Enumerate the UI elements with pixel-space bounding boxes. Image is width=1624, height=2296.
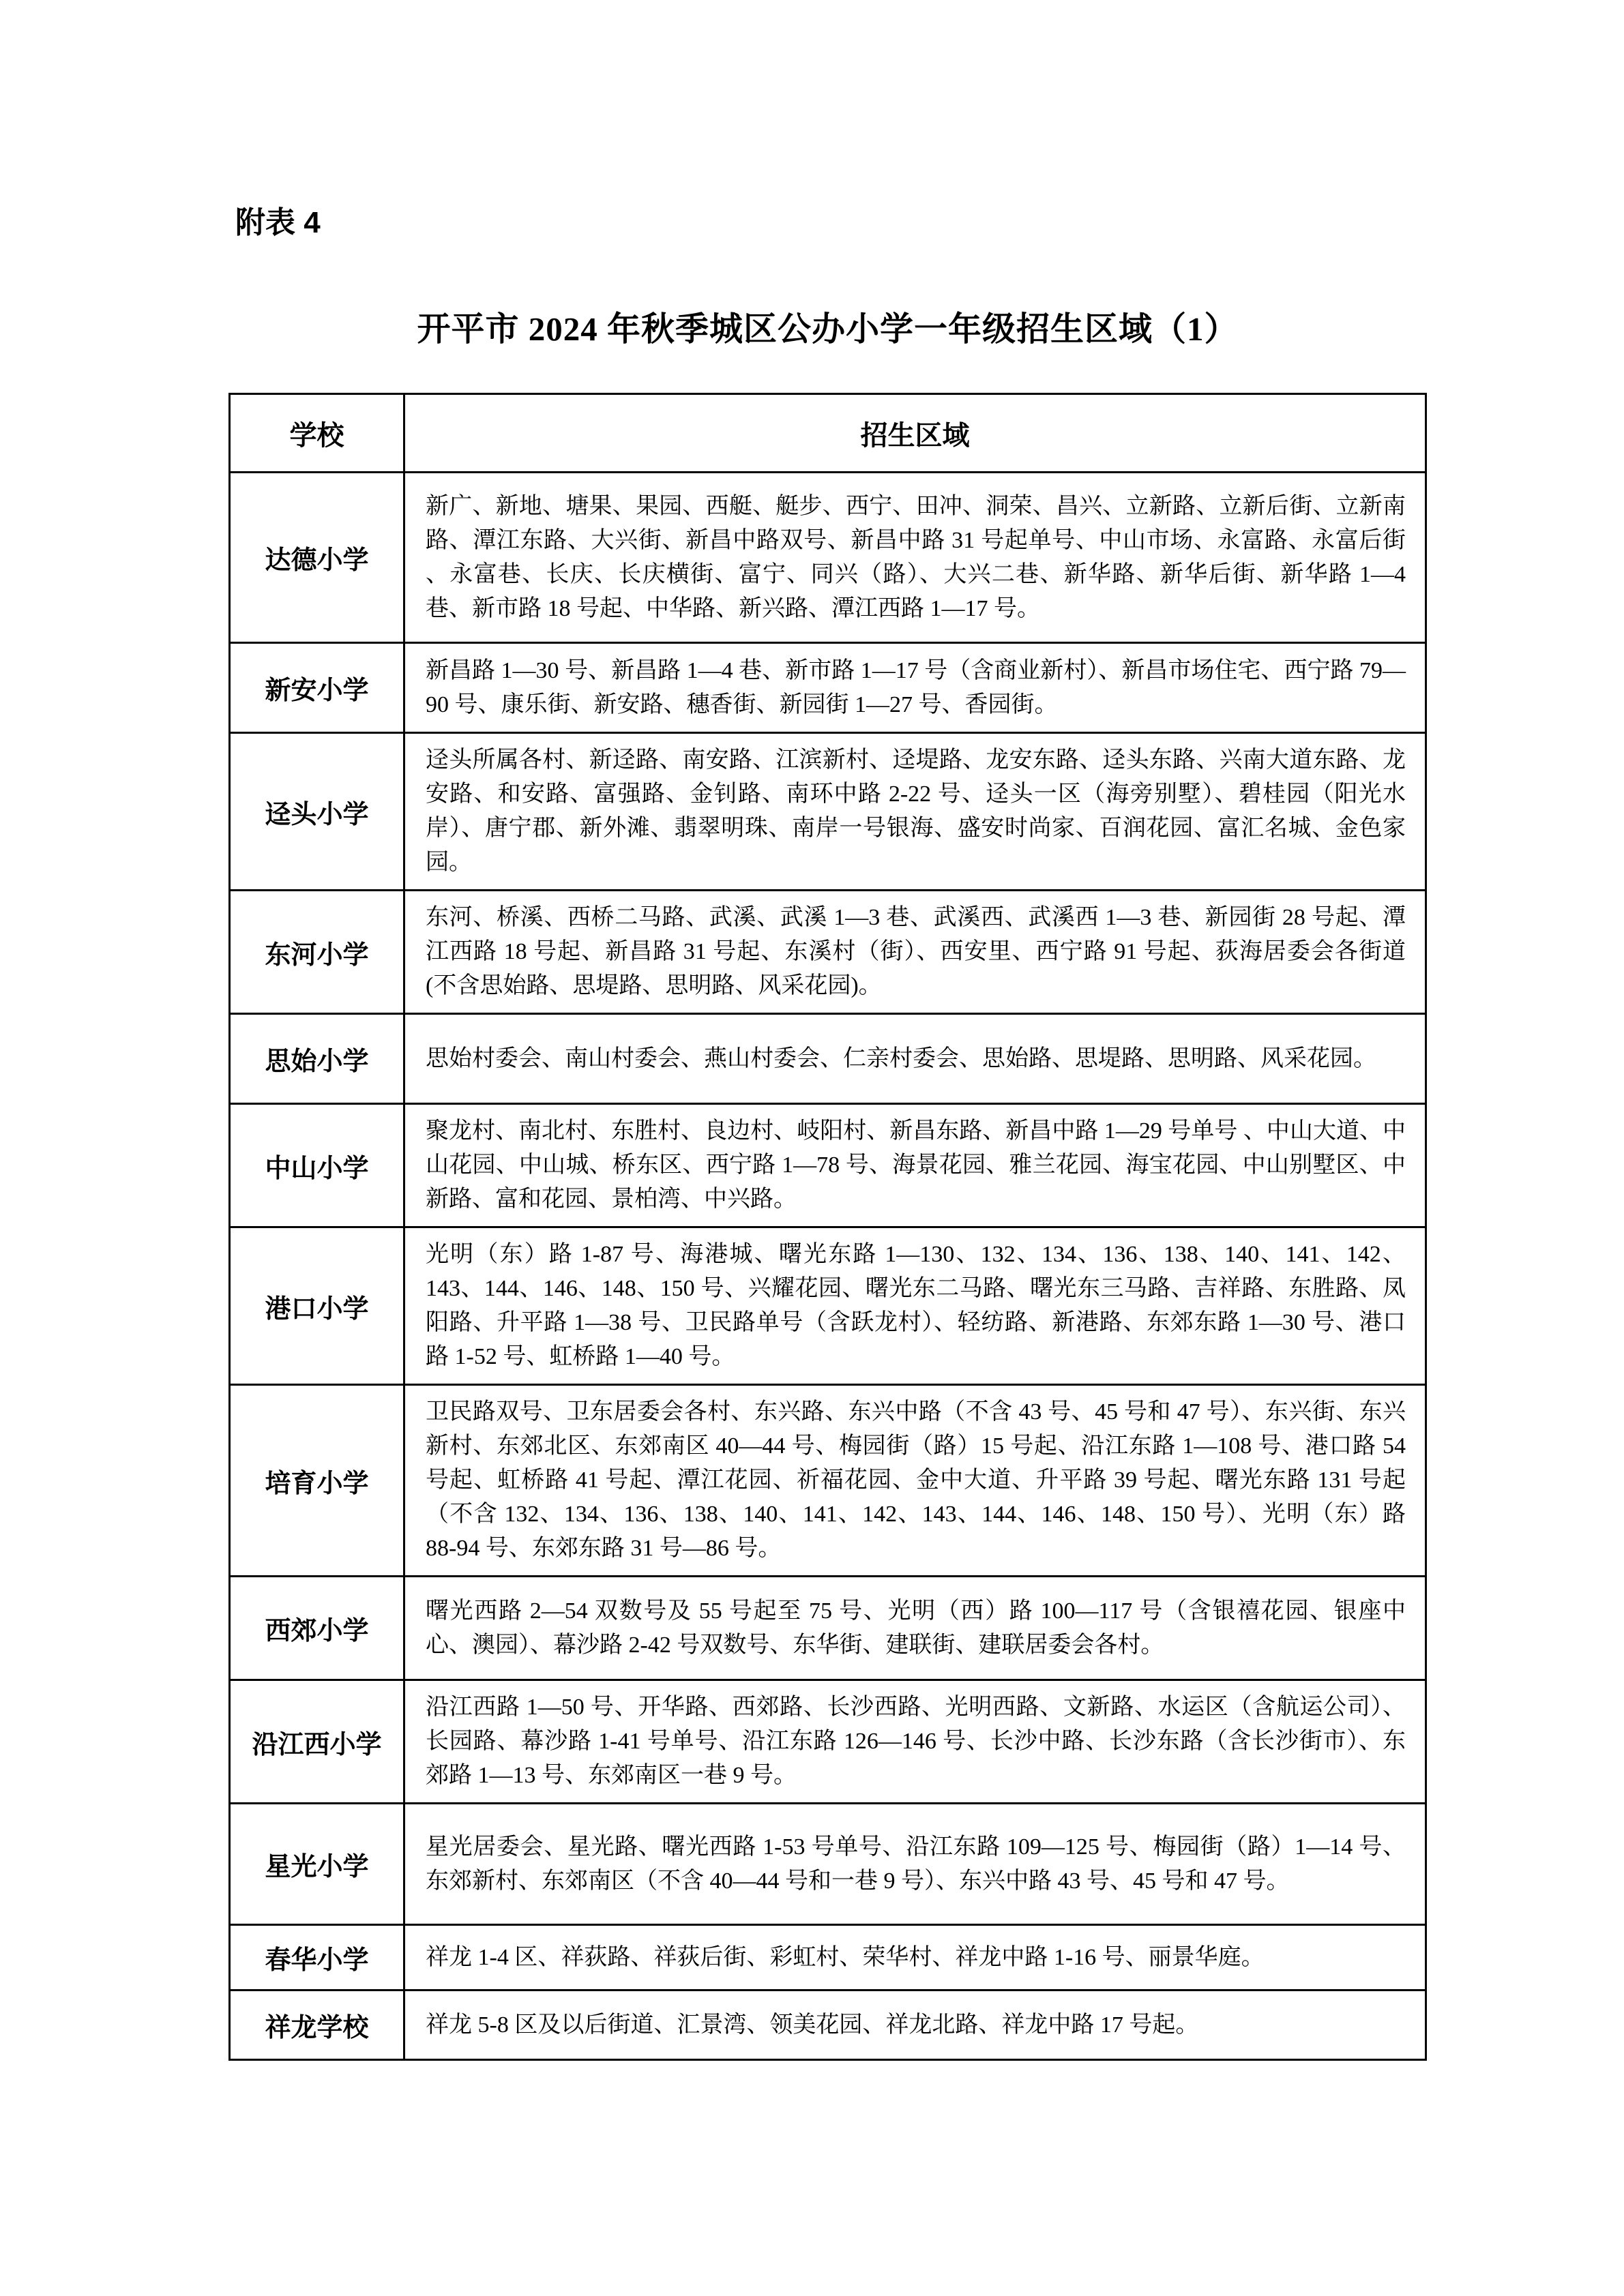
table-row: 祥龙学校 祥龙 5-8 区及以后街道、汇景湾、领美花园、祥龙北路、祥龙中路 17… (230, 1991, 1426, 2060)
school-name-cell: 中山小学 (230, 1104, 404, 1227)
table-header-row: 学校 招生区域 (230, 394, 1426, 473)
school-name-cell: 思始小学 (230, 1014, 404, 1104)
area-cell: 卫民路双号、卫东居委会各村、东兴路、东兴中路（不含 43 号、45 号和 47 … (404, 1385, 1426, 1577)
school-name-cell: 星光小学 (230, 1804, 404, 1925)
area-cell: 新广、新地、塘果、果园、西艇、艇步、西宁、田冲、洞荣、昌兴、立新路、立新后街、立… (404, 473, 1426, 643)
table-row: 东河小学 东河、桥溪、西桥二马路、武溪、武溪 1—3 巷、武溪西、武溪西 1—3… (230, 891, 1426, 1014)
table-row: 新安小学 新昌路 1—30 号、新昌路 1—4 巷、新市路 1—17 号（含商业… (230, 643, 1426, 733)
page-title: 开平市 2024 年秋季城区公办小学一年级招生区域（1） (228, 303, 1427, 351)
table-row: 西郊小学 曙光西路 2—54 双数号及 55 号起至 75 号、光明（西）路 1… (230, 1577, 1426, 1680)
area-cell: 曙光西路 2—54 双数号及 55 号起至 75 号、光明（西）路 100—11… (404, 1577, 1426, 1680)
area-cell: 祥龙 1-4 区、祥荻路、祥荻后街、彩虹村、荣华村、祥龙中路 1-16 号、丽景… (404, 1925, 1426, 1991)
school-name-cell: 培育小学 (230, 1385, 404, 1577)
table-row: 迳头小学 迳头所属各村、新迳路、南安路、江滨新村、迳堤路、龙安东路、迳头东路、兴… (230, 733, 1426, 891)
enrollment-area-table: 学校 招生区域 达德小学 新广、新地、塘果、果园、西艇、艇步、西宁、田冲、洞荣、… (228, 393, 1427, 2061)
table-row: 达德小学 新广、新地、塘果、果园、西艇、艇步、西宁、田冲、洞荣、昌兴、立新路、立… (230, 473, 1426, 643)
school-name-cell: 西郊小学 (230, 1577, 404, 1680)
school-name-cell: 港口小学 (230, 1227, 404, 1385)
document-content: 附表 4 开平市 2024 年秋季城区公办小学一年级招生区域（1） 学校 招生区… (228, 198, 1427, 2061)
table-row: 中山小学 聚龙村、南北村、东胜村、良边村、岐阳村、新昌东路、新昌中路 1—29 … (230, 1104, 1426, 1227)
school-name-cell: 沿江西小学 (230, 1680, 404, 1804)
table-row: 星光小学 星光居委会、星光路、曙光西路 1-53 号单号、沿江东路 109—12… (230, 1804, 1426, 1925)
column-header-area: 招生区域 (404, 394, 1426, 473)
document-page: 附表 4 开平市 2024 年秋季城区公办小学一年级招生区域（1） 学校 招生区… (0, 0, 1624, 2296)
school-name-cell: 祥龙学校 (230, 1991, 404, 2060)
table-row: 培育小学 卫民路双号、卫东居委会各村、东兴路、东兴中路（不含 43 号、45 号… (230, 1385, 1426, 1577)
table-row: 思始小学 思始村委会、南山村委会、燕山村委会、仁亲村委会、思始路、思堤路、思明路… (230, 1014, 1426, 1104)
area-cell: 思始村委会、南山村委会、燕山村委会、仁亲村委会、思始路、思堤路、思明路、风采花园… (404, 1014, 1426, 1104)
area-cell: 聚龙村、南北村、东胜村、良边村、岐阳村、新昌东路、新昌中路 1—29 号单号 、… (404, 1104, 1426, 1227)
area-cell: 星光居委会、星光路、曙光西路 1-53 号单号、沿江东路 109—125 号、梅… (404, 1804, 1426, 1925)
area-cell: 沿江西路 1—50 号、开华路、西郊路、长沙西路、光明西路、文新路、水运区（含航… (404, 1680, 1426, 1804)
school-name-cell: 新安小学 (230, 643, 404, 733)
column-header-school: 学校 (230, 394, 404, 473)
area-cell: 祥龙 5-8 区及以后街道、汇景湾、领美花园、祥龙北路、祥龙中路 17 号起。 (404, 1991, 1426, 2060)
area-cell: 新昌路 1—30 号、新昌路 1—4 巷、新市路 1—17 号（含商业新村）、新… (404, 643, 1426, 733)
school-name-cell: 春华小学 (230, 1925, 404, 1991)
school-name-cell: 东河小学 (230, 891, 404, 1014)
area-cell: 迳头所属各村、新迳路、南安路、江滨新村、迳堤路、龙安东路、迳头东路、兴南大道东路… (404, 733, 1426, 891)
table-row: 春华小学 祥龙 1-4 区、祥荻路、祥荻后街、彩虹村、荣华村、祥龙中路 1-16… (230, 1925, 1426, 1991)
area-cell: 光明（东）路 1-87 号、海港城、曙光东路 1—130、132、134、136… (404, 1227, 1426, 1385)
appendix-label: 附表 4 (235, 198, 1427, 241)
school-name-cell: 达德小学 (230, 473, 404, 643)
table-header: 学校 招生区域 (230, 394, 1426, 473)
school-name-cell: 迳头小学 (230, 733, 404, 891)
area-cell: 东河、桥溪、西桥二马路、武溪、武溪 1—3 巷、武溪西、武溪西 1—3 巷、新园… (404, 891, 1426, 1014)
table-row: 港口小学 光明（东）路 1-87 号、海港城、曙光东路 1—130、132、13… (230, 1227, 1426, 1385)
table-row: 沿江西小学 沿江西路 1—50 号、开华路、西郊路、长沙西路、光明西路、文新路、… (230, 1680, 1426, 1804)
table-body: 达德小学 新广、新地、塘果、果园、西艇、艇步、西宁、田冲、洞荣、昌兴、立新路、立… (230, 473, 1426, 2060)
